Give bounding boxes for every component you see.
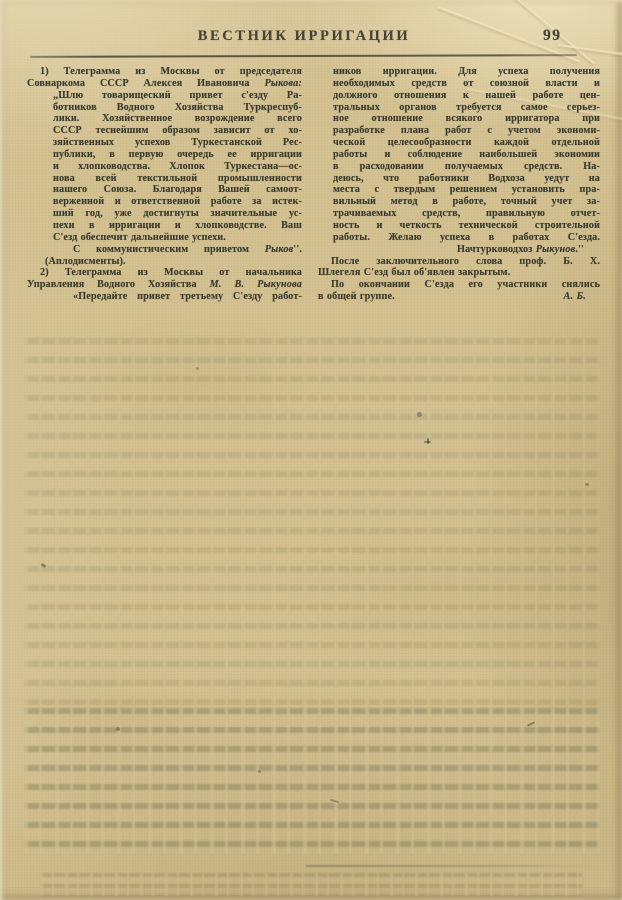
text-segment: в общей группе. bbox=[318, 291, 395, 303]
speck bbox=[116, 727, 120, 731]
bleedthrough-text bbox=[24, 708, 600, 854]
text-line: 1) Телеграмма из Москвы от председателя bbox=[27, 66, 302, 78]
text-line: ное отношение всякого ирригатора при bbox=[318, 113, 600, 125]
text-line: верженной и ответственной работе за исте… bbox=[27, 196, 302, 208]
text-line: Начтурководхоз Рыкунов.'' bbox=[318, 244, 600, 256]
text-segment: 1) Телеграмма из Москвы от председателя bbox=[40, 66, 302, 77]
text-segment: После заключительного слова проф. Б. Х. bbox=[331, 256, 600, 267]
speck bbox=[527, 721, 535, 726]
text-segment: трачиваемых средств, правильную отчет- bbox=[333, 208, 600, 219]
text-line: трачиваемых средств, правильную отчет- bbox=[318, 208, 600, 220]
text-segment: пехи в ирригации и хлопководстве. Ваш bbox=[53, 220, 302, 231]
text-line: Управления Водного Хозяйства М. В. Рыкун… bbox=[27, 279, 302, 291]
text-segment: По окончании С'езда его участники снялис… bbox=[331, 279, 600, 290]
text-segment: ное отношение всякого ирригатора при bbox=[333, 113, 600, 124]
text-line: С коммунистическим приветом Рыков''. bbox=[27, 244, 302, 256]
text-segment: А. Б. bbox=[563, 291, 586, 303]
text-line: ность и четкость технической строительно… bbox=[318, 220, 600, 232]
text-segment: Рыков bbox=[265, 244, 294, 255]
scanned-journal-page: ВЕСТНИК ИРРИГАЦИИ 99 1) Телеграмма из Мо… bbox=[0, 0, 622, 900]
text-line: СССР теснейшим образом зависит от хо- bbox=[27, 125, 302, 137]
text-segment: «Передайте привет третьему С'езду работ- bbox=[73, 291, 302, 302]
text-segment: верженной и ответственной работе за исте… bbox=[53, 196, 302, 207]
text-line: ческой целесообразности каждой отдельной bbox=[318, 137, 600, 149]
text-line: Шлегеля С'езд был об'явлен закрытым. bbox=[318, 267, 600, 279]
speck bbox=[417, 412, 422, 417]
text-segment: и хлопководства. Хлопок Туркестана—ос- bbox=[53, 161, 302, 172]
text-segment: деюсь, что работники Водхоза уедут на bbox=[333, 173, 600, 184]
text-line: разработке плана работ с учетом экономи- bbox=[318, 125, 600, 137]
text-line: 2) Телеграмма из Москвы от начальника bbox=[27, 267, 302, 279]
text-line: в общей группе.А. Б. bbox=[318, 291, 600, 303]
header-rule bbox=[30, 54, 577, 58]
journal-title: ВЕСТНИК ИРРИГАЦИИ bbox=[0, 28, 608, 45]
left-column: 1) Телеграмма из Москвы от председателяС… bbox=[27, 66, 302, 303]
text-line: „Шлю товарищеский привет с'езду Ра- bbox=[27, 90, 302, 102]
text-line: деюсь, что работники Водхоза уедут на bbox=[318, 173, 600, 185]
speck bbox=[585, 483, 589, 486]
text-line: работы и соблюдение наибольшей экономии bbox=[318, 149, 600, 161]
text-segment: Совнаркома СССР Алексея Ивановича bbox=[27, 78, 264, 89]
speck bbox=[424, 441, 431, 443]
text-segment: „Шлю товарищеский привет с'езду Ра- bbox=[53, 90, 302, 101]
text-segment: Начтурководхоз bbox=[457, 244, 536, 255]
text-line: лики. Хозяйственное возрождение всего bbox=[27, 113, 302, 125]
text-segment: .'' bbox=[575, 244, 584, 255]
text-segment: ность и четкость технической строительно… bbox=[333, 220, 600, 231]
text-line: ников ирригации. Для успеха получения bbox=[318, 66, 600, 78]
page-number: 99 bbox=[543, 27, 562, 45]
text-segment: Рыкова: bbox=[264, 78, 302, 89]
text-segment: ческой целесообразности каждой отдельной bbox=[333, 137, 600, 148]
text-line: тральных органов требуется самое серьез- bbox=[318, 102, 600, 114]
text-segment: лики. Хозяйственное возрождение всего bbox=[53, 113, 302, 124]
text-segment: должного отношения к нашей работе цен- bbox=[333, 90, 600, 101]
text-segment: публики, в первую очередь ее ирригации bbox=[53, 149, 302, 160]
bleedthrough-text-faint bbox=[24, 338, 600, 708]
text-segment: нова всей текстильной промышленности bbox=[53, 173, 302, 184]
text-line: должного отношения к нашей работе цен- bbox=[318, 90, 600, 102]
text-segment: ников ирригации. Для успеха получения bbox=[333, 66, 600, 77]
text-line: нова всей текстильной промышленности bbox=[27, 173, 302, 185]
bleedthrough-footnote-rule bbox=[306, 865, 592, 867]
text-segment: (Аплодисменты). bbox=[45, 256, 126, 267]
text-line: (Аплодисменты). bbox=[27, 256, 302, 268]
text-segment: Рыкунов bbox=[536, 244, 576, 255]
text-segment: тральных органов требуется самое серьез- bbox=[333, 102, 600, 113]
text-segment: разработке плана работ с учетом экономи- bbox=[333, 125, 600, 136]
text-line: и хлопководства. Хлопок Туркестана—ос- bbox=[27, 161, 302, 173]
text-line: По окончании С'езда его участники снялис… bbox=[318, 279, 600, 291]
text-line: необходимых средств от союзной власти и bbox=[318, 78, 600, 90]
text-line: в расходовании получаемых средств. На- bbox=[318, 161, 600, 173]
text-line: пехи в ирригации и хлопководстве. Ваш bbox=[27, 220, 302, 232]
text-line: С'езд обеспечит дальнейшие успехи. bbox=[27, 232, 302, 244]
text-segment: зяйственных успехов Туркестанской Рес- bbox=[53, 137, 302, 148]
text-line: ботников Водного Хозяйства Туркреспуб- bbox=[27, 102, 302, 114]
text-line: «Передайте привет третьему С'езду работ- bbox=[27, 291, 302, 303]
text-line: публики, в первую очередь ее ирригации bbox=[27, 149, 302, 161]
right-column: ников ирригации. Для успеха получениянео… bbox=[318, 66, 600, 303]
text-segment: С коммунистическим приветом bbox=[73, 244, 265, 255]
text-line: зяйственных успехов Туркестанской Рес- bbox=[27, 137, 302, 149]
text-segment: Управления Водного Хозяйства bbox=[27, 279, 210, 290]
text-segment: работы и соблюдение наибольшей экономии bbox=[333, 149, 600, 160]
text-segment: нашего Союза. Благодаря Вашей самоот- bbox=[53, 184, 302, 195]
text-segment: ботников Водного Хозяйства Туркреспуб- bbox=[53, 102, 302, 113]
text-segment: М. В. Рыкунова bbox=[210, 279, 302, 290]
speck bbox=[258, 770, 261, 773]
text-line: После заключительного слова проф. Б. Х. bbox=[318, 256, 600, 268]
text-segment: вильный метод в работе, точный учет за- bbox=[333, 196, 600, 207]
text-line: нашего Союза. Благодаря Вашей самоот- bbox=[27, 184, 302, 196]
text-line: ший год, уже достигнуты значительные ус- bbox=[27, 208, 302, 220]
speck bbox=[330, 799, 339, 803]
text-segment: работы. Желаю успеха в работах С'езда. bbox=[333, 232, 600, 243]
text-line: вильный метод в работе, точный учет за- bbox=[318, 196, 600, 208]
text-segment: 2) Телеграмма из Москвы от начальника bbox=[40, 267, 302, 278]
speck bbox=[41, 563, 47, 568]
text-segment: С'езд обеспечит дальнейшие успехи. bbox=[53, 232, 226, 243]
text-segment: места с твердым решением установить пра- bbox=[333, 184, 600, 195]
text-segment: в расходовании получаемых средств. На- bbox=[333, 161, 600, 172]
text-line: места с твердым решением установить пра- bbox=[318, 184, 600, 196]
text-segment: Шлегеля С'езд был об'явлен закрытым. bbox=[318, 267, 510, 278]
text-line: работы. Желаю успеха в работах С'езда. bbox=[318, 232, 600, 244]
bleedthrough-footnote-text bbox=[40, 873, 582, 896]
text-segment: необходимых средств от союзной власти и bbox=[333, 78, 600, 89]
text-segment: ''. bbox=[293, 244, 302, 255]
text-line: Совнаркома СССР Алексея Ивановича Рыкова… bbox=[27, 78, 302, 90]
text-segment: ший год, уже достигнуты значительные ус- bbox=[53, 208, 302, 219]
speck bbox=[196, 367, 199, 370]
text-segment: СССР теснейшим образом зависит от хо- bbox=[53, 125, 302, 136]
